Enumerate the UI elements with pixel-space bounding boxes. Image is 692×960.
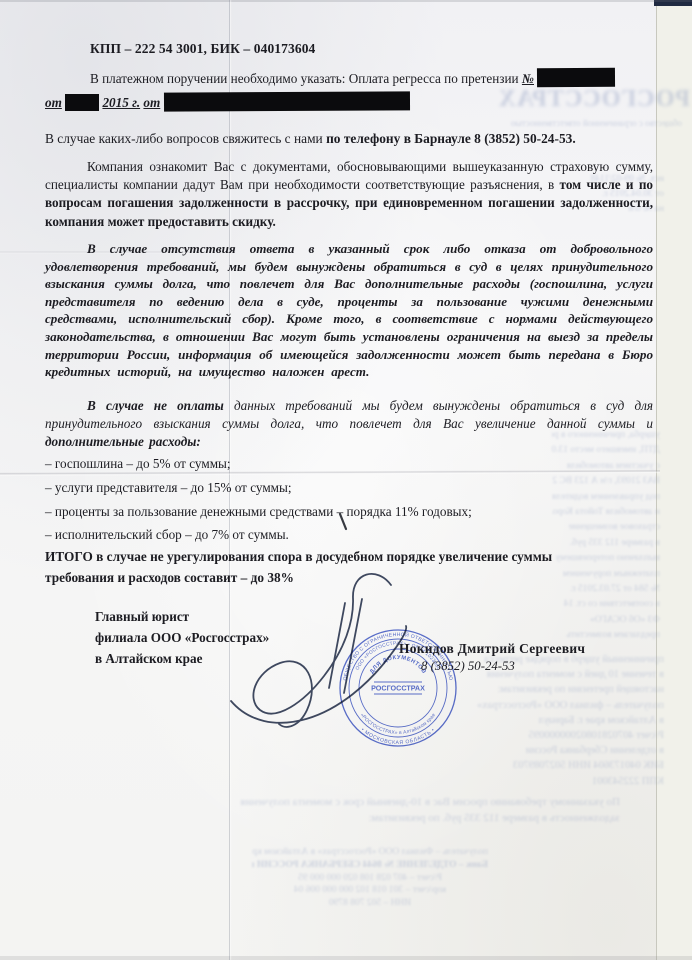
signature-spikes [329,599,362,693]
pen-tick-mark [340,514,346,529]
scanned-letter-page: РОСГОССТРАХ общество с ограниченной отве… [0,0,692,960]
signature-main-stroke [253,574,391,727]
handwritten-signature [0,0,692,960]
